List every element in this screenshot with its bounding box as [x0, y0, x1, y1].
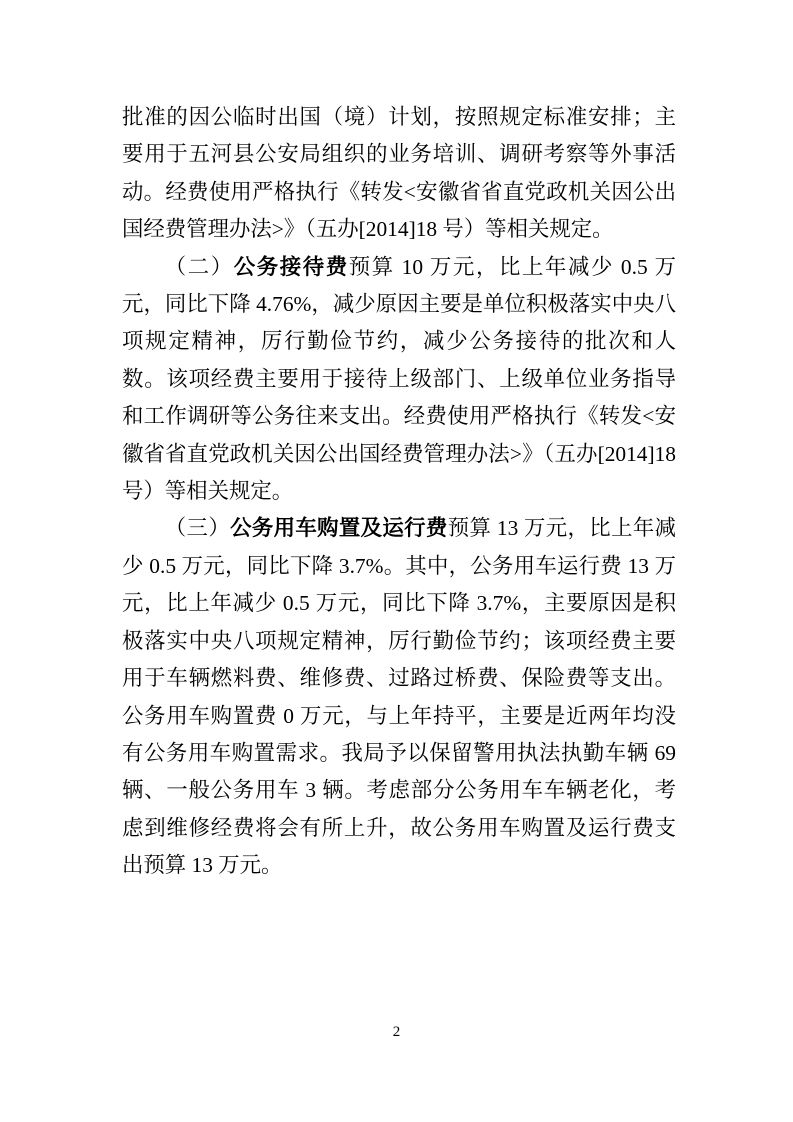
- document-page: 批准的因公临时出国（境）计划，按照规定标准安排；主要用于五河县公安局组织的业务培…: [0, 0, 793, 1122]
- item-number-prefix: （三）: [165, 516, 230, 540]
- page-number: 2: [0, 1022, 793, 1042]
- paragraph-text: 预算 10 万元，比上年减少 0.5 万元，同比下降 4.76%，减少原因主要是…: [122, 255, 676, 503]
- paragraph-overseas-travel-continuation: 批准的因公临时出国（境）计划，按照规定标准安排；主要用于五河县公安局组织的业务培…: [122, 99, 676, 249]
- paragraph-official-reception-fee: （二）公务接待费预算 10 万元，比上年减少 0.5 万元，同比下降 4.76%…: [122, 249, 676, 511]
- fee-title-vehicle: 公务用车购置及运行费: [230, 516, 448, 540]
- fee-title-reception: 公务接待费: [234, 255, 349, 279]
- paragraph-text: 预算 13 万元，比上年减少 0.5 万元，同比下降 3.7%。其中，公务用车运…: [122, 516, 676, 877]
- paragraph-text: 批准的因公临时出国（境）计划，按照规定标准安排；主要用于五河县公安局组织的业务培…: [122, 105, 676, 241]
- document-text-block: 批准的因公临时出国（境）计划，按照规定标准安排；主要用于五河县公安局组织的业务培…: [122, 99, 676, 885]
- item-number-prefix: （二）: [165, 255, 234, 279]
- paragraph-official-vehicle-fee: （三）公务用车购置及运行费预算 13 万元，比上年减少 0.5 万元，同比下降 …: [122, 510, 676, 884]
